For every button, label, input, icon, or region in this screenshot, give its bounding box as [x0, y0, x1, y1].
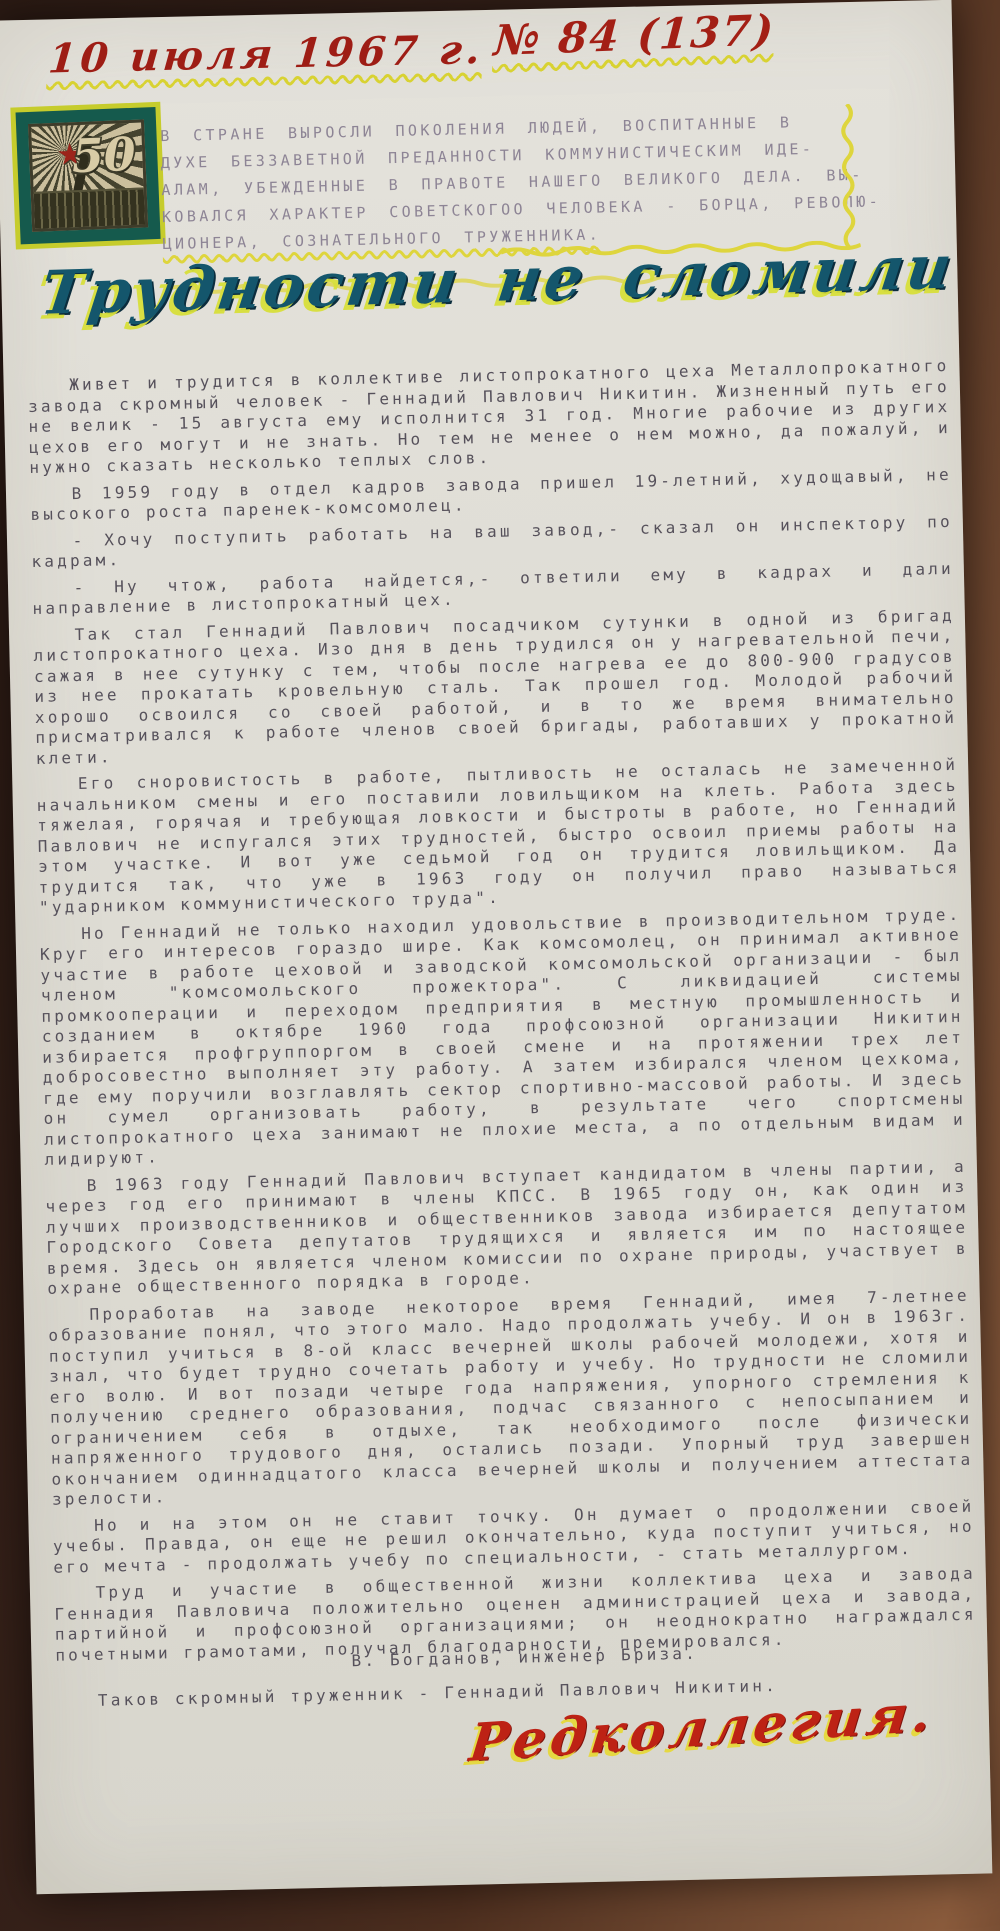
article-paragraph: В 1963 году Геннадий Павлович вступает к…	[45, 1156, 969, 1299]
article-paragraph: Проработав на заводе некоторое время Ген…	[48, 1285, 974, 1510]
article-paragraph: Живет и трудится в коллективе листопрока…	[27, 356, 951, 479]
article-body: Живет и трудится в коллективе листопрока…	[27, 356, 978, 1718]
issue-number: № 84 (137)	[492, 5, 776, 65]
anniversary-number: 50	[71, 131, 137, 179]
photographed-wall-newspaper: 10 июля 1967 г. № 84 (137) ★ 50 В СТРАНЕ…	[0, 0, 1000, 1931]
article-paragraph: Так стал Геннадий Павлович посадчиком су…	[33, 605, 958, 769]
article-paragraph: Его сноровистость в работе, пытливость н…	[36, 755, 961, 919]
stamp-bottom-band	[34, 188, 145, 229]
newspaper-sheet: 10 июля 1967 г. № 84 (137) ★ 50 В СТРАНЕ…	[0, 0, 992, 1894]
yellow-wavy-margin-line	[838, 104, 859, 254]
article-paragraph: Но Геннадий не только находил удовольств…	[39, 904, 966, 1170]
anniversary-50-stamp: ★ 50	[10, 102, 165, 250]
issue-date: 10 июля 1967 г.	[47, 26, 486, 83]
article-paragraph: Но и на этом он не ставит точку. Он дума…	[52, 1496, 975, 1578]
stamp-teal-frame: ★ 50	[16, 107, 161, 244]
stamp-artwork: ★ 50	[28, 119, 148, 231]
typed-intro-quote: В СТРАНЕ ВЫРОСЛИ ПОКОЛЕНИЯ ЛЮДЕЙ, ВОСПИТ…	[160, 108, 869, 258]
